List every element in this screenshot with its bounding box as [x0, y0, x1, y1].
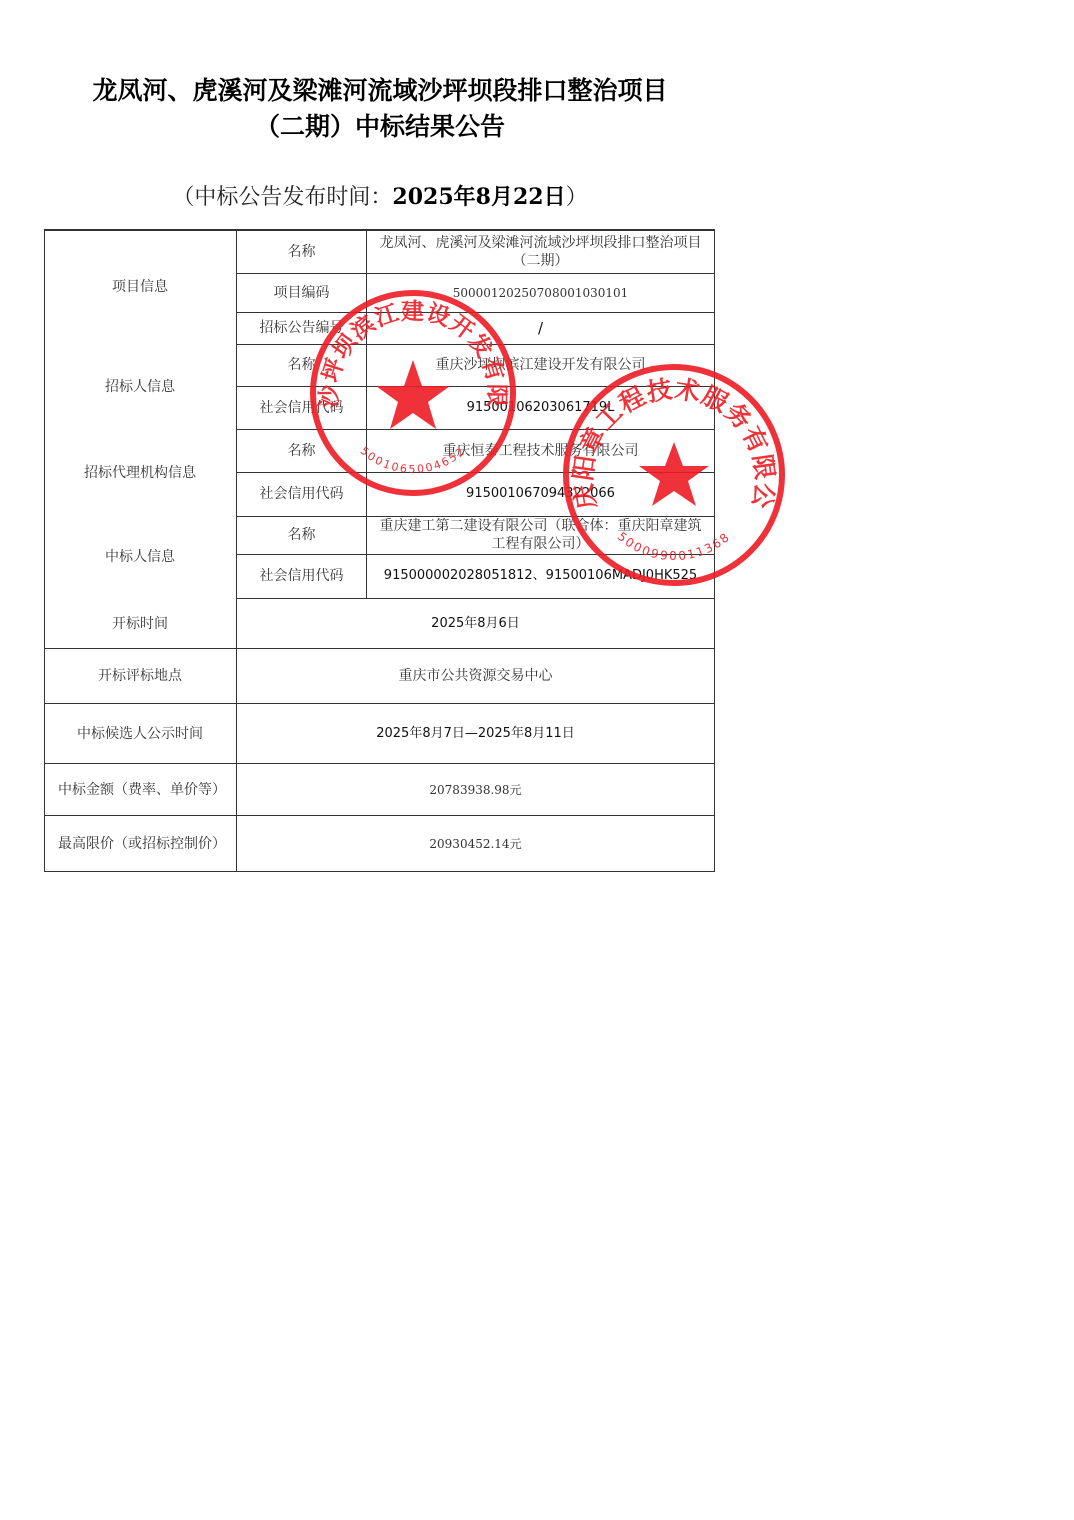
tenderer-info-label: 招标人信息 — [44, 363, 236, 411]
project-code-value: 500001202507080010301​01 — [367, 273, 714, 312]
publish-suffix: ） — [566, 185, 588, 210]
document-title-line2: （二期）中标结果公告 — [60, 107, 700, 143]
opening-time-label: 开标时间 — [44, 599, 236, 648]
project-info-label: 项目信息 — [44, 263, 236, 311]
tenderer-name-value: 重庆沙坪坝滨江建设开发有限公司 — [367, 344, 714, 386]
max-price-label: 最高限价（或招标控制价） — [44, 816, 236, 871]
result-table: 项目信息 招标人信息 招标代理机构信息 中标人信息 名称 龙凤河、虎溪河及梁滩河… — [44, 229, 715, 872]
opening-location-value: 重庆市公共资源交易中心 — [237, 649, 714, 703]
winner-info-label: 中标人信息 — [44, 533, 236, 581]
publish-prefix: （中标公告发布时间： — [172, 185, 392, 210]
winner-credit-label: 社会信用代码 — [237, 554, 366, 598]
publicity-period-label: 中标候选人公示时间 — [44, 704, 236, 763]
document-title-line1: 龙凤河、虎溪河及梁滩河流域沙坪坝段排口整治项目 — [60, 71, 700, 107]
publish-date: 2025年8月22日 — [392, 184, 565, 210]
table-border — [44, 871, 715, 872]
tenderer-name-label: 名称 — [237, 344, 366, 386]
max-price-value: 20930452.14元 — [237, 816, 714, 871]
agency-credit-label: 社会信用代码 — [237, 472, 366, 516]
agency-name-value: 重庆恒泰工程技术服务有限公司 — [367, 429, 714, 472]
winner-name-value: 重庆建工第二建设有限公司（联合体：重庆阳章建筑工程有限公司） — [367, 516, 714, 554]
winning-amount-label: 中标金额（费率、单价等） — [44, 764, 236, 815]
agency-credit-value: 915001067094322066 — [367, 472, 714, 516]
winner-credit-value: 915000002028051812、91500106MADJ0HK525 — [367, 554, 714, 598]
tenderer-credit-value: 91500106203061719L — [367, 386, 714, 429]
project-name-value: 龙凤河、虎溪河及梁滩河流域沙坪坝段排口整治项目（二期） — [367, 230, 714, 273]
project-name-label: 名称 — [237, 230, 366, 273]
opening-location-label: 开标评标地点 — [44, 649, 236, 703]
publish-date-line: （中标公告发布时间：2025年8月22日） — [60, 180, 700, 211]
winning-amount-value: 20783938.98元 — [237, 764, 714, 815]
agency-name-label: 名称 — [237, 429, 366, 472]
winner-name-label: 名称 — [237, 516, 366, 554]
agency-info-label: 招标代理机构信息 — [44, 449, 236, 497]
project-code-label: 项目编码 — [237, 273, 366, 312]
notice-number-label: 招标公告编号 — [237, 312, 366, 344]
notice-number-value: / — [367, 312, 714, 344]
table-border — [714, 229, 715, 872]
publicity-period-value: 2025年8月7日—2025年8月11日 — [237, 704, 714, 763]
tenderer-credit-label: 社会信用代码 — [237, 386, 366, 429]
opening-time-value: 2025年8月6日 — [237, 599, 714, 648]
